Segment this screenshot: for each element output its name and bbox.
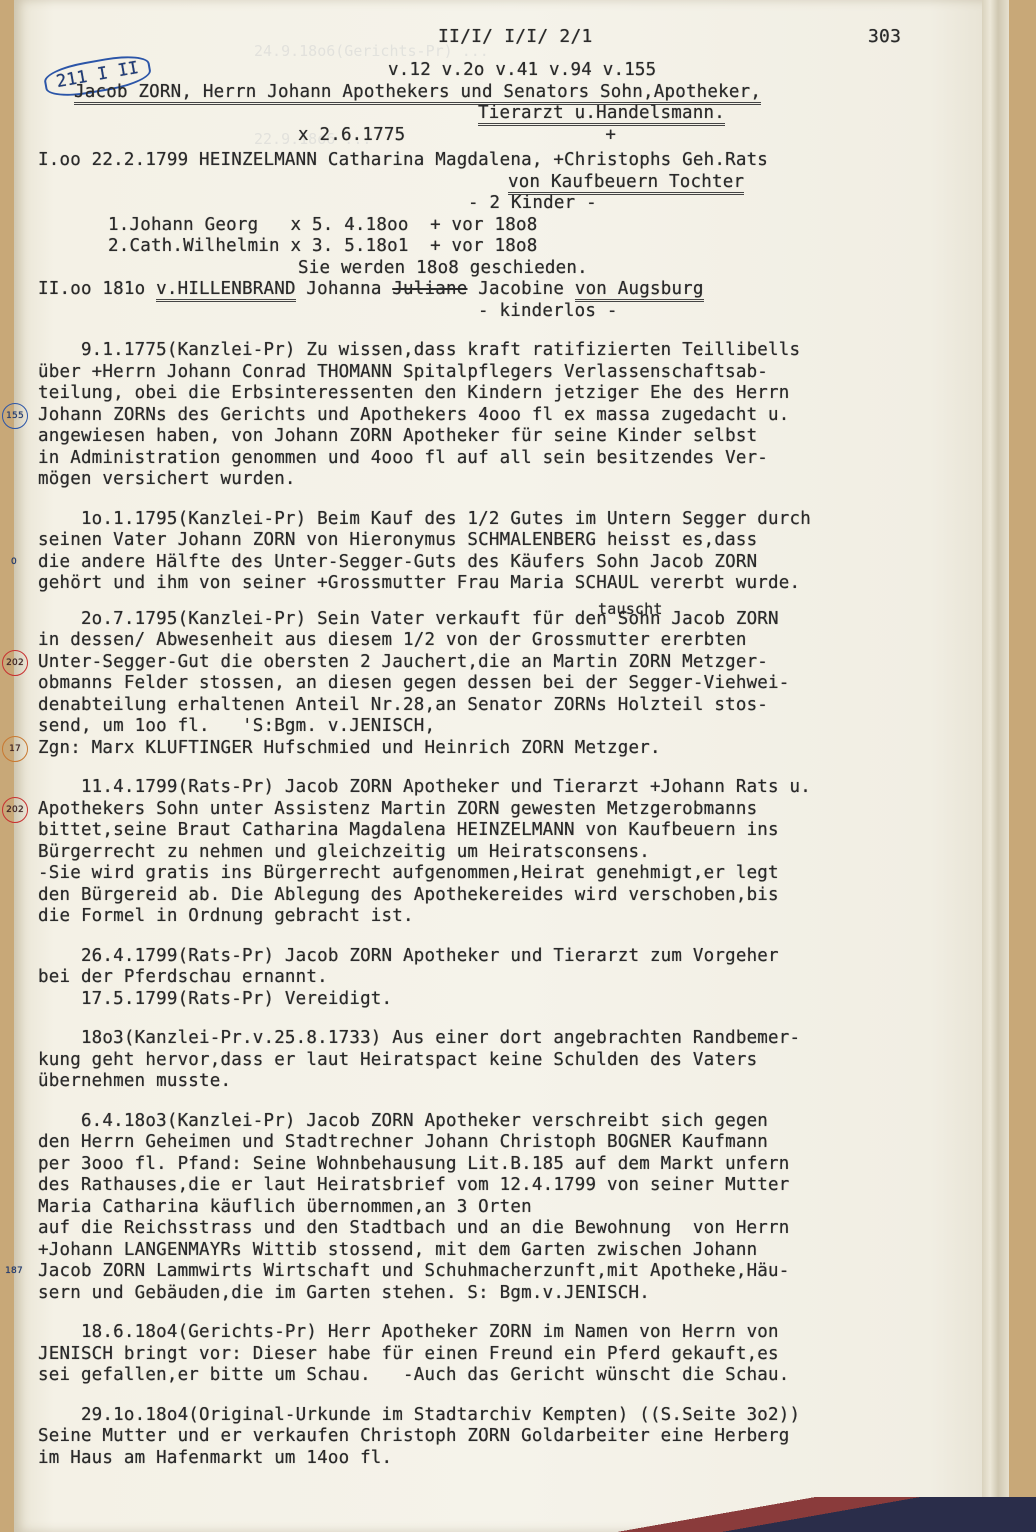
child-1: 1.Johann Georg x 5. 4.18oo + vor 18o8 xyxy=(38,215,988,237)
birth-date: x 2.6.1775 xyxy=(298,125,405,145)
marriage-2-line: II.oo 181o v.HILLENBRAND Johanna Juliane… xyxy=(38,279,988,301)
entry-line: 6.4.18o3(Kanzlei-Pr) Jacob ZORN Apotheke… xyxy=(38,1111,988,1133)
entry-line: per 3ooo fl. Pfand: Seine Wohnbehausung … xyxy=(38,1154,988,1176)
entry-line: bei der Pferdschau ernannt. xyxy=(38,967,988,989)
divorce-note: Sie werden 18o8 geschieden. xyxy=(38,258,988,280)
entry-line: Bürgerrecht zu nehmen und gleichzeitig u… xyxy=(38,842,988,864)
entry-line: in dessen/ Abwesenheit aus diesem 1/2 vo… xyxy=(38,630,988,652)
entry-line: Maria Catharina käuflich übernommen,an 3… xyxy=(38,1197,988,1219)
entry-line: kung geht hervor,dass er laut Heiratspac… xyxy=(38,1050,988,1072)
margin-page-reference: 0 xyxy=(2,550,26,574)
entry-line: in Administration genommen und 4ooo fl a… xyxy=(38,448,988,470)
entry-line: JENISCH bringt vor: Dieser habe für eine… xyxy=(38,1344,988,1366)
entry-line: 1o.1.1795(Kanzlei-Pr) Beim Kauf des 1/2 … xyxy=(38,509,988,531)
entry-paragraph: 26.4.1799(Rats-Pr) Jacob ZORN Apotheker … xyxy=(38,946,988,1011)
entry-line: Seine Mutter und er verkaufen Christoph … xyxy=(38,1426,988,1448)
page-number: 303 xyxy=(868,26,901,48)
entry-line: den Herrn Geheimen und Stadtrechner Joha… xyxy=(38,1132,988,1154)
entry-line: Apothekers Sohn unter Assistenz Martin Z… xyxy=(38,799,988,821)
entry-line: denabteilung erhaltenen Anteil Nr.28,an … xyxy=(38,695,988,717)
marriage-2-children: - kinderlos - xyxy=(38,301,988,323)
entry-line: 18.6.18o4(Gerichts-Pr) Herr Apotheker ZO… xyxy=(38,1322,988,1344)
entry-line: 2o.7.1795(Kanzlei-Pr) Sein Vater verkauf… xyxy=(38,609,988,631)
entry-line: gehört und ihm von seiner +Grossmutter F… xyxy=(38,573,988,595)
entry-paragraph: 18o3(Kanzlei-Pr.v.25.8.1733) Aus einer d… xyxy=(38,1028,988,1093)
entry-paragraph: 6.4.18o3(Kanzlei-Pr) Jacob ZORN Apotheke… xyxy=(38,1111,988,1305)
entry-line: 17.5.1799(Rats-Pr) Vereidigt. xyxy=(38,989,988,1011)
children-heading: - 2 Kinder - xyxy=(38,193,988,215)
handwritten-insert: tauscht xyxy=(38,599,988,609)
entry-line: send, um 1oo fl. 'S:Bgm. v.JENISCH, xyxy=(38,716,988,738)
entry-line: die andere Hälfte des Unter-Segger-Guts … xyxy=(38,552,988,574)
entry-line: den Bürgereid ab. Die Ablegung des Apoth… xyxy=(38,885,988,907)
entry-line: auf die Reichsstrass und den Stadtbach u… xyxy=(38,1218,988,1240)
margin-page-reference: 17 xyxy=(2,736,28,762)
margin-page-reference: 202 xyxy=(2,797,28,823)
title-line-1: Jacob ZORN, Herrn Johann Apothekers und … xyxy=(38,82,988,104)
entry-line: im Haus am Hafenmarkt um 14oo fl. xyxy=(38,1448,988,1470)
title-line-2: Tierarzt u.Handelsmann. xyxy=(38,103,988,125)
entry-line: über +Herrn Johann Conrad THOMANN Spital… xyxy=(38,362,988,384)
birth-line: x 2.6.1775+ xyxy=(38,125,988,147)
marriage-1-line: I.oo 22.2.1799 HEINZELMANN Catharina Mag… xyxy=(38,150,988,172)
entry-line: teilung, obei die Erbsinteressenten den … xyxy=(38,383,988,405)
entry-paragraph: 9.1.1775(Kanzlei-Pr) Zu wissen,dass kraf… xyxy=(38,340,988,491)
typed-record: II/I/ I/I/ 2/1 303 211 I II v.12 v.2o v.… xyxy=(38,26,988,1469)
entry-line: 18o3(Kanzlei-Pr.v.25.8.1733) Aus einer d… xyxy=(38,1028,988,1050)
entry-line: Zgn: Marx KLUFTINGER Hufschmied und Hein… xyxy=(38,738,988,760)
entry-line: des Rathauses,die er laut Heiratsbrief v… xyxy=(38,1175,988,1197)
entry-line: 11.4.1799(Rats-Pr) Jacob ZORN Apotheker … xyxy=(38,777,988,799)
entry-paragraph: 18.6.18o4(Gerichts-Pr) Herr Apotheker ZO… xyxy=(38,1322,988,1387)
entry-line: sei gefallen,er bitte um Schau. -Auch da… xyxy=(38,1365,988,1387)
entry-line: +Johann LANGENMAYRs Wittib stossend, mit… xyxy=(38,1240,988,1262)
entry-paragraph: 11.4.1799(Rats-Pr) Jacob ZORN Apotheker … xyxy=(38,777,988,928)
death-mark: + xyxy=(405,125,616,145)
entry-line: 9.1.1775(Kanzlei-Pr) Zu wissen,dass kraf… xyxy=(38,340,988,362)
entry-paragraph: 1o.1.1795(Kanzlei-Pr) Beim Kauf des 1/2 … xyxy=(38,509,988,595)
entry-line: übernehmen musste. xyxy=(38,1071,988,1093)
entry-line: angewiesen haben, von Johann ZORN Apothe… xyxy=(38,426,988,448)
entry-line: 29.1o.18o4(Original-Urkunde im Stadtarch… xyxy=(38,1405,988,1427)
entry-line: seinen Vater Johann ZORN von Hieronymus … xyxy=(38,530,988,552)
child-2: 2.Cath.Wilhelmin x 3. 5.18o1 + vor 18o8 xyxy=(38,236,988,258)
margin-page-reference: 187 xyxy=(2,1259,26,1283)
entry-line: Jacob ZORN Lammwirts Wirtschaft und Schu… xyxy=(38,1261,988,1283)
entry-line: -Sie wird gratis ins Bürgerrecht aufgeno… xyxy=(38,863,988,885)
entry-paragraph: 29.1o.18o4(Original-Urkunde im Stadtarch… xyxy=(38,1405,988,1470)
marriage-1-origin: von Kaufbeuern Tochter xyxy=(38,172,988,194)
entry-line: die Formel in Ordnung gebracht ist. xyxy=(38,906,988,928)
entry-line: obmanns Felder stossen, an diesen gegen … xyxy=(38,673,988,695)
volume-references: v.12 v.2o v.41 v.94 v.155 xyxy=(38,60,988,82)
entry-line: mögen versichert wurden. xyxy=(38,469,988,491)
struck-name: Juliane xyxy=(392,279,467,299)
entry-line: Unter-Segger-Gut die obersten 2 Jauchert… xyxy=(38,652,988,674)
entries-list: 9.1.1775(Kanzlei-Pr) Zu wissen,dass kraf… xyxy=(38,340,988,1469)
entry-line: sern und Gebäuden,die im Garten stehen. … xyxy=(38,1283,988,1305)
margin-page-reference: 155 xyxy=(2,403,28,429)
entry-paragraph: tauscht 2o.7.1795(Kanzlei-Pr) Sein Vater… xyxy=(38,599,988,760)
entry-line: Johann ZORNs des Gerichts und Apothekers… xyxy=(38,405,988,427)
book-cover-cloth xyxy=(536,1497,1036,1532)
entry-line: 26.4.1799(Rats-Pr) Jacob ZORN Apotheker … xyxy=(38,946,988,968)
entry-line: bittet,seine Braut Catharina Magdalena H… xyxy=(38,820,988,842)
margin-page-reference: 202 xyxy=(2,650,28,676)
archive-code: II/I/ I/I/ 2/1 xyxy=(438,26,593,48)
